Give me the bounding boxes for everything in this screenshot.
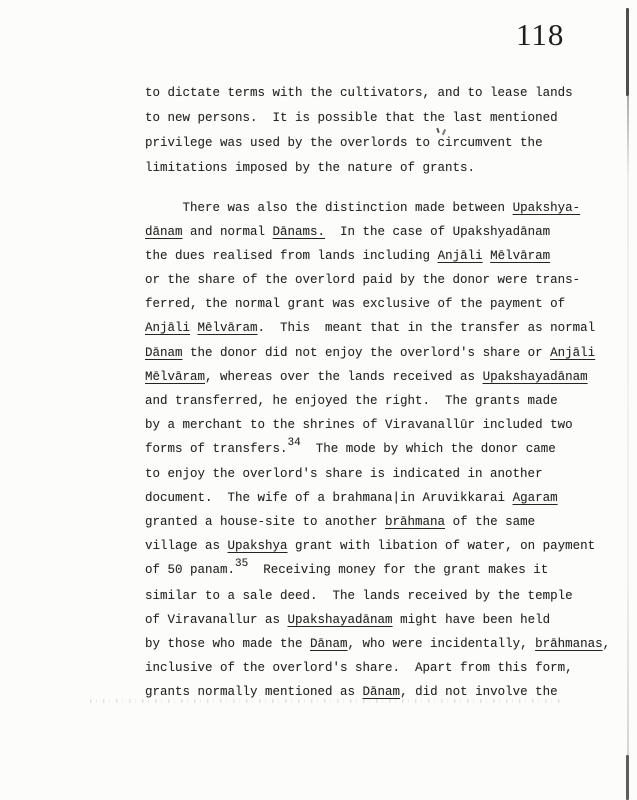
underlined-term: brāhmana bbox=[385, 515, 445, 529]
scan-edge-line-bottom bbox=[626, 755, 629, 800]
text-line: dānam and normal Dānams. In the case of … bbox=[145, 220, 625, 244]
underlined-term: Mēlvāram bbox=[490, 249, 550, 263]
underlined-term: Dānams. bbox=[273, 225, 326, 239]
underlined-term: Anjāli bbox=[145, 321, 190, 335]
underlined-term: Upakshayadānam bbox=[288, 613, 393, 627]
text-run: to new persons. It is possible that the … bbox=[145, 111, 558, 125]
text-run: to enjoy the overlord's share is indicat… bbox=[145, 467, 543, 481]
text-run: inclusive of the overlord's share. Apart… bbox=[145, 661, 573, 675]
text-run: grants normally mentioned as bbox=[145, 685, 363, 699]
paragraph: to dictate terms with the cultivators, a… bbox=[145, 81, 625, 181]
text-line: Anjāli Mēlvāram. This meant that in the … bbox=[145, 316, 625, 340]
text-run: the dues realised from lands including bbox=[145, 249, 438, 263]
underlined-term: Anjāli bbox=[438, 249, 483, 263]
text-run: privilege was used by the overlords to c… bbox=[145, 136, 543, 150]
page-number: 118 bbox=[516, 19, 564, 50]
text-run: and normal bbox=[183, 225, 273, 239]
text-run: document. The wife of a brahmana|in Aruv… bbox=[145, 491, 513, 505]
text-line: Mēlvāram, whereas over the lands receive… bbox=[145, 365, 625, 389]
underlined-term: Upakshya- bbox=[513, 201, 581, 215]
text-line: of 50 panam.35 Receiving money for the g… bbox=[145, 558, 625, 583]
text-run bbox=[190, 321, 198, 335]
text-run: similar to a sale deed. The lands receiv… bbox=[145, 589, 573, 603]
text-run: village as bbox=[145, 539, 228, 553]
text-run: to dictate terms with the cultivators, a… bbox=[145, 86, 573, 100]
underlined-term: Upakshya bbox=[228, 539, 288, 553]
text-line: forms of transfers.34 The mode by which … bbox=[145, 437, 625, 462]
text-run: of 50 panam. bbox=[145, 563, 235, 577]
scanned-page: 118 to dictate terms with the cultivator… bbox=[0, 0, 637, 800]
paragraph: There was also the distinction made betw… bbox=[145, 196, 625, 704]
scan-speckle-band bbox=[90, 699, 560, 703]
text-run: There was also the distinction made betw… bbox=[145, 201, 513, 215]
text-run: , whereas over the lands received as bbox=[205, 370, 483, 384]
text-line: of Viravanallur as Upakshayadānam might … bbox=[145, 608, 625, 632]
text-run: , did not involve the bbox=[400, 685, 558, 699]
text-line: document. The wife of a brahmana|in Aruv… bbox=[145, 486, 625, 510]
footnote-ref: 34 bbox=[288, 437, 301, 449]
text-line: privilege was used by the overlords to c… bbox=[145, 131, 625, 156]
underlined-term: brāhmanas bbox=[535, 637, 603, 651]
text-run: Receiving money for the grant makes it bbox=[248, 563, 548, 577]
underlined-term: Mēlvāram bbox=[145, 370, 205, 384]
underlined-term: Anjāli bbox=[550, 346, 595, 360]
text-run: granted a house-site to another bbox=[145, 515, 385, 529]
text-run: and transferred, he enjoyed the right. T… bbox=[145, 394, 558, 408]
underlined-term: Upakshayadānam bbox=[483, 370, 588, 384]
text-line: village as Upakshya grant with libation … bbox=[145, 534, 625, 558]
text-run: the donor did not enjoy the overlord's s… bbox=[183, 346, 551, 360]
text-run: , bbox=[603, 637, 611, 651]
text-line: to new persons. It is possible that the … bbox=[145, 106, 625, 131]
text-run: grant with libation of water, on payment bbox=[288, 539, 596, 553]
text-line: or the share of the overlord paid by the… bbox=[145, 268, 625, 292]
text-line: by those who made the Dānam, who were in… bbox=[145, 632, 625, 656]
scan-edge-line-top bbox=[626, 8, 629, 96]
text-line: the dues realised from lands including A… bbox=[145, 244, 625, 268]
underlined-term: Agaram bbox=[513, 491, 558, 505]
underlined-term: Dānam bbox=[145, 346, 183, 360]
text-line: ferred, the normal grant was exclusive o… bbox=[145, 292, 625, 316]
text-run: by a merchant to the shrines of Viravana… bbox=[145, 418, 573, 432]
text-line: There was also the distinction made betw… bbox=[145, 196, 625, 220]
text-line: by a merchant to the shrines of Viravana… bbox=[145, 413, 625, 437]
text-run: ferred, the normal grant was exclusive o… bbox=[145, 297, 565, 311]
text-run: limitations imposed by the nature of gra… bbox=[145, 161, 475, 175]
text-block: to dictate terms with the cultivators, a… bbox=[145, 81, 625, 704]
text-run: might have been held bbox=[393, 613, 551, 627]
text-line: limitations imposed by the nature of gra… bbox=[145, 156, 625, 181]
text-line: similar to a sale deed. The lands receiv… bbox=[145, 584, 625, 608]
text-run: forms of transfers. bbox=[145, 442, 288, 456]
text-run: of Viravanallur as bbox=[145, 613, 288, 627]
text-run: or the share of the overlord paid by the… bbox=[145, 273, 580, 287]
underlined-term: Mēlvāram bbox=[198, 321, 258, 335]
text-run: by those who made the bbox=[145, 637, 310, 651]
text-run: . This meant that in the transfer as nor… bbox=[258, 321, 596, 335]
text-run: The mode by which the donor came bbox=[301, 442, 556, 456]
underlined-term: dānam bbox=[145, 225, 183, 239]
footnote-ref: 35 bbox=[235, 558, 248, 570]
text-run: of the same bbox=[445, 515, 535, 529]
underlined-term: Dānam bbox=[310, 637, 348, 651]
scan-edge-line-mid bbox=[627, 96, 629, 755]
text-line: granted a house-site to another brāhmana… bbox=[145, 510, 625, 534]
text-line: to dictate terms with the cultivators, a… bbox=[145, 81, 625, 106]
text-run: , who were incidentally, bbox=[348, 637, 536, 651]
text-line: Dānam the donor did not enjoy the overlo… bbox=[145, 341, 625, 365]
text-line: inclusive of the overlord's share. Apart… bbox=[145, 656, 625, 680]
text-line: to enjoy the overlord's share is indicat… bbox=[145, 462, 625, 486]
text-run bbox=[483, 249, 491, 263]
underlined-term: Dānam bbox=[363, 685, 401, 699]
text-run: In the case of Upakshyadānam bbox=[325, 225, 550, 239]
text-line: and transferred, he enjoyed the right. T… bbox=[145, 389, 625, 413]
